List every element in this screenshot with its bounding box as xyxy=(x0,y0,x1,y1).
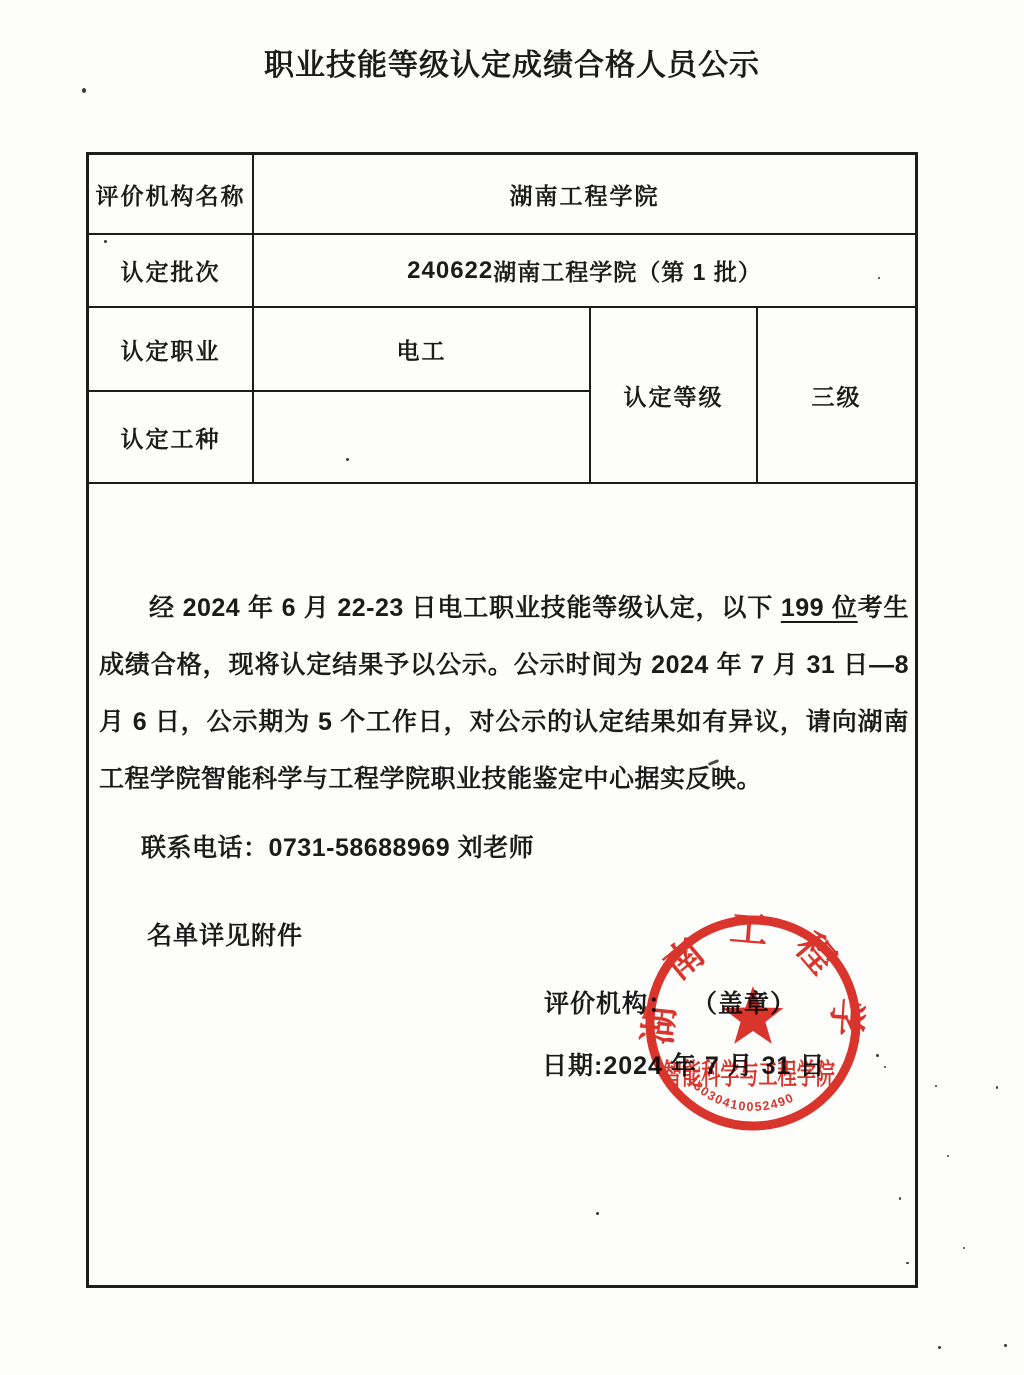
star-icon xyxy=(723,986,784,1044)
document-page: 职业技能等级认定成绩合格人员公示 评价机构名称 湖南工程学院 认定批次 2406… xyxy=(0,0,1024,1375)
org-name-label: 评价机构名称 xyxy=(89,155,254,235)
attachment-note: 名单详见附件 xyxy=(147,916,303,952)
notice-cell: 经 2024 年 6 月 22-23 日电工职业技能等级认定，以下 199 位考… xyxy=(89,484,915,1285)
scan-speck xyxy=(899,1197,901,1200)
notice-count-underlined: 199 位 xyxy=(781,594,858,622)
occupation-value: 电工 xyxy=(254,308,591,392)
scan-speck xyxy=(82,88,86,93)
notice-paragraph: 经 2024 年 6 月 22-23 日电工职业技能等级认定，以下 199 位考… xyxy=(99,580,909,808)
scan-speck xyxy=(596,1212,599,1215)
scan-speck xyxy=(878,277,880,279)
notice-text-rest: 考生成绩合格，现将认定结果予以公示。公示时间为 2024 年 7 月 31 日—… xyxy=(99,594,909,793)
batch-value: 240622 湖南工程学院（第 1 批） xyxy=(254,235,915,308)
scan-speck xyxy=(104,240,107,243)
scan-speck xyxy=(1004,1344,1007,1347)
worktype-label: 认定工种 xyxy=(89,392,254,484)
seal-ring-text: 湖南工程学院 xyxy=(638,908,868,1061)
scan-speck xyxy=(947,1155,949,1157)
occupation-label: 认定职业 xyxy=(89,308,254,392)
scan-speck xyxy=(884,1066,886,1068)
notice-text-lead: 经 2024 年 6 月 22-23 日电工职业技能等级认定，以下 xyxy=(149,594,781,622)
scan-speck xyxy=(346,458,349,461)
scan-speck xyxy=(906,1262,909,1264)
scan-speck xyxy=(876,1054,879,1057)
contact-phone-line: 联系电话：0731-58688969 刘老师 xyxy=(141,828,534,864)
batch-number: 240622 xyxy=(407,257,493,285)
batch-rest: 湖南工程学院（第 1 批） xyxy=(493,254,762,287)
official-seal: 湖南工程学院 智能科学与工程学院 43030410052490 xyxy=(638,908,868,1138)
scan-speck xyxy=(938,1346,941,1349)
batch-label: 认定批次 xyxy=(89,235,254,308)
level-value: 三级 xyxy=(758,308,915,484)
level-label: 认定等级 xyxy=(591,308,758,484)
scan-speck xyxy=(996,1086,998,1089)
document-title: 职业技能等级认定成绩合格人员公示 xyxy=(0,40,1024,84)
worktype-value xyxy=(254,392,591,484)
org-name-value: 湖南工程学院 xyxy=(254,155,915,235)
scan-speck xyxy=(963,1247,965,1249)
scan-speck xyxy=(935,1085,937,1087)
